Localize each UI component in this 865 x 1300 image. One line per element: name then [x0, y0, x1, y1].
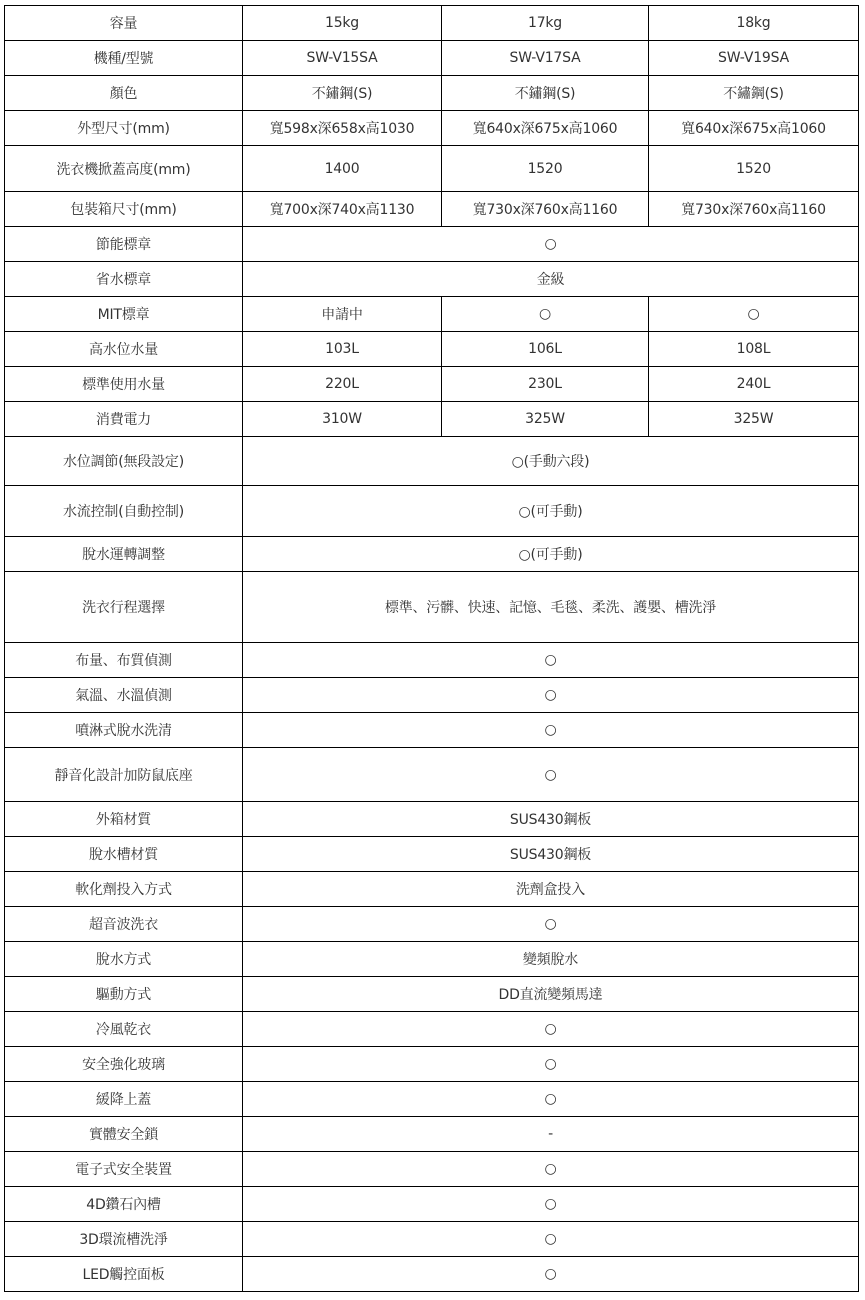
cell-all-models: ○ [243, 643, 859, 678]
cell-all-models: ○(手動六段) [243, 437, 859, 486]
cell-model-1: 310W [243, 402, 442, 437]
table-row: 電子式安全裝置 ○ [5, 1152, 859, 1187]
table-row: 水位調節(無段設定) ○(手動六段) [5, 437, 859, 486]
row-label: MIT標章 [5, 297, 243, 332]
row-label: 3D環流槽洗淨 [5, 1222, 243, 1257]
cell-all-models: ○ [243, 1187, 859, 1222]
row-label: 實體安全鎖 [5, 1117, 243, 1152]
table-row: 脫水方式 變頻脫水 [5, 942, 859, 977]
cell-model-1: 1400 [243, 146, 442, 192]
spec-table-body: 容量 15kg 17kg 18kg 機種/型號 SW-V15SA SW-V17S… [5, 6, 859, 1292]
cell-all-models: - [243, 1117, 859, 1152]
row-label: 標準使用水量 [5, 367, 243, 402]
table-row: 氣溫、水溫偵測 ○ [5, 678, 859, 713]
table-row: LED觸控面板 ○ [5, 1257, 859, 1292]
row-label: 省水標章 [5, 262, 243, 297]
cell-model-1: 寬598x深658x高1030 [243, 111, 442, 146]
table-row: 冷風乾衣 ○ [5, 1012, 859, 1047]
table-row: 4D鑽石內槽 ○ [5, 1187, 859, 1222]
row-label: 氣溫、水溫偵測 [5, 678, 243, 713]
cell-all-models: ○ [243, 713, 859, 748]
cell-all-models: ○ [243, 748, 859, 802]
cell-model-2: 不鏽鋼(S) [442, 76, 649, 111]
cell-all-models: SUS430鋼板 [243, 837, 859, 872]
table-row: 驅動方式 DD直流變頻馬達 [5, 977, 859, 1012]
table-row: 布量、布質偵測 ○ [5, 643, 859, 678]
table-row: 包裝箱尺寸(mm) 寬700x深740x高1130 寬730x深760x高116… [5, 192, 859, 227]
row-label: 緩降上蓋 [5, 1082, 243, 1117]
row-label: 高水位水量 [5, 332, 243, 367]
cell-model-2: SW-V17SA [442, 41, 649, 76]
row-label: 靜音化設計加防鼠底座 [5, 748, 243, 802]
cell-model-2: 1520 [442, 146, 649, 192]
cell-all-models: ○ [243, 227, 859, 262]
row-label: 4D鑽石內槽 [5, 1187, 243, 1222]
row-label: 布量、布質偵測 [5, 643, 243, 678]
cell-model-1: SW-V15SA [243, 41, 442, 76]
row-label: 脫水方式 [5, 942, 243, 977]
row-label: 脫水運轉調整 [5, 537, 243, 572]
table-row: 超音波洗衣 ○ [5, 907, 859, 942]
cell-all-models: ○(可手動) [243, 486, 859, 537]
table-row: 省水標章 金級 [5, 262, 859, 297]
row-label: 超音波洗衣 [5, 907, 243, 942]
row-label: 水位調節(無段設定) [5, 437, 243, 486]
cell-model-3: ○ [649, 297, 859, 332]
row-label: 軟化劑投入方式 [5, 872, 243, 907]
cell-model-1: 寬700x深740x高1130 [243, 192, 442, 227]
table-row: 標準使用水量 220L 230L 240L [5, 367, 859, 402]
table-row: 外型尺寸(mm) 寬598x深658x高1030 寬640x深675x高1060… [5, 111, 859, 146]
table-row: 噴淋式脫水洗清 ○ [5, 713, 859, 748]
cell-model-2: 230L [442, 367, 649, 402]
cell-all-models: ○ [243, 1012, 859, 1047]
row-label: 洗衣機掀蓋高度(mm) [5, 146, 243, 192]
row-label: 機種/型號 [5, 41, 243, 76]
cell-all-models: ○ [243, 678, 859, 713]
table-row: 機種/型號 SW-V15SA SW-V17SA SW-V19SA [5, 41, 859, 76]
row-label: 安全強化玻璃 [5, 1047, 243, 1082]
cell-all-models: ○ [243, 1257, 859, 1292]
row-label: 容量 [5, 6, 243, 41]
table-row: 洗衣行程選擇 標準、污髒、快速、記憶、毛毯、柔洗、護嬰、槽洗淨 [5, 572, 859, 643]
table-row: 脫水運轉調整 ○(可手動) [5, 537, 859, 572]
cell-model-3: 1520 [649, 146, 859, 192]
row-label: LED觸控面板 [5, 1257, 243, 1292]
row-label: 噴淋式脫水洗清 [5, 713, 243, 748]
cell-model-3: 240L [649, 367, 859, 402]
table-row: MIT標章 申請中 ○ ○ [5, 297, 859, 332]
row-label: 節能標章 [5, 227, 243, 262]
row-label: 脫水槽材質 [5, 837, 243, 872]
table-row: 水流控制(自動控制) ○(可手動) [5, 486, 859, 537]
row-label: 電子式安全裝置 [5, 1152, 243, 1187]
cell-all-models: DD直流變頻馬達 [243, 977, 859, 1012]
cell-model-1: 不鏽鋼(S) [243, 76, 442, 111]
row-label: 外型尺寸(mm) [5, 111, 243, 146]
table-row: 脫水槽材質 SUS430鋼板 [5, 837, 859, 872]
row-label: 包裝箱尺寸(mm) [5, 192, 243, 227]
cell-model-1: 申請中 [243, 297, 442, 332]
table-row: 容量 15kg 17kg 18kg [5, 6, 859, 41]
table-row: 洗衣機掀蓋高度(mm) 1400 1520 1520 [5, 146, 859, 192]
cell-model-3: SW-V19SA [649, 41, 859, 76]
table-row: 消費電力 310W 325W 325W [5, 402, 859, 437]
cell-model-2: 寬640x深675x高1060 [442, 111, 649, 146]
table-row: 節能標章 ○ [5, 227, 859, 262]
table-row: 安全強化玻璃 ○ [5, 1047, 859, 1082]
row-label: 水流控制(自動控制) [5, 486, 243, 537]
row-label: 洗衣行程選擇 [5, 572, 243, 643]
cell-all-models: ○ [243, 1152, 859, 1187]
cell-model-3: 不鏽鋼(S) [649, 76, 859, 111]
cell-all-models: ○ [243, 1047, 859, 1082]
cell-model-2: 17kg [442, 6, 649, 41]
cell-model-2: ○ [442, 297, 649, 332]
cell-all-models: ○(可手動) [243, 537, 859, 572]
cell-all-models: ○ [243, 1082, 859, 1117]
row-label: 消費電力 [5, 402, 243, 437]
cell-model-3: 18kg [649, 6, 859, 41]
table-row: 緩降上蓋 ○ [5, 1082, 859, 1117]
spec-comparison-table: 容量 15kg 17kg 18kg 機種/型號 SW-V15SA SW-V17S… [4, 5, 859, 1292]
table-row: 靜音化設計加防鼠底座 ○ [5, 748, 859, 802]
cell-all-models: ○ [243, 907, 859, 942]
table-row: 外箱材質 SUS430鋼板 [5, 802, 859, 837]
cell-all-models: 變頻脫水 [243, 942, 859, 977]
cell-model-2: 325W [442, 402, 649, 437]
cell-model-2: 寬730x深760x高1160 [442, 192, 649, 227]
table-row: 實體安全鎖 - [5, 1117, 859, 1152]
row-label: 驅動方式 [5, 977, 243, 1012]
table-row: 3D環流槽洗淨 ○ [5, 1222, 859, 1257]
row-label: 冷風乾衣 [5, 1012, 243, 1047]
cell-model-2: 106L [442, 332, 649, 367]
cell-model-3: 寬640x深675x高1060 [649, 111, 859, 146]
row-label: 外箱材質 [5, 802, 243, 837]
cell-model-3: 寬730x深760x高1160 [649, 192, 859, 227]
cell-all-models: 洗劑盒投入 [243, 872, 859, 907]
row-label: 顏色 [5, 76, 243, 111]
cell-model-1: 220L [243, 367, 442, 402]
cell-all-models: 標準、污髒、快速、記憶、毛毯、柔洗、護嬰、槽洗淨 [243, 572, 859, 643]
cell-all-models: SUS430鋼板 [243, 802, 859, 837]
cell-model-3: 325W [649, 402, 859, 437]
cell-all-models: 金級 [243, 262, 859, 297]
cell-all-models: ○ [243, 1222, 859, 1257]
table-row: 高水位水量 103L 106L 108L [5, 332, 859, 367]
table-row: 顏色 不鏽鋼(S) 不鏽鋼(S) 不鏽鋼(S) [5, 76, 859, 111]
table-row: 軟化劑投入方式 洗劑盒投入 [5, 872, 859, 907]
cell-model-1: 103L [243, 332, 442, 367]
cell-model-1: 15kg [243, 6, 442, 41]
cell-model-3: 108L [649, 332, 859, 367]
